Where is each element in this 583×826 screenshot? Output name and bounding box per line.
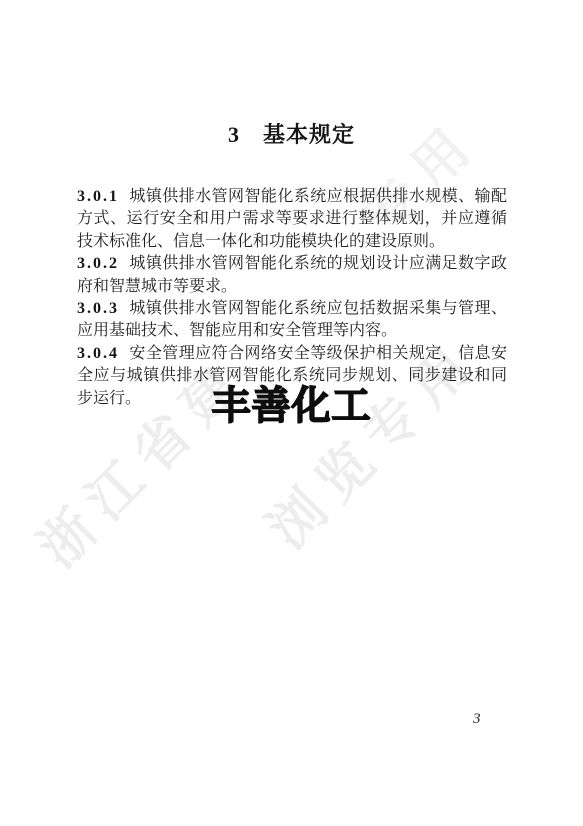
page-number: 3 [473,711,481,728]
clause-3-0-2: 3.0.2城镇供排水管网智能化系统的规划设计应满足数字政府和智慧城市等要求。 [77,253,507,298]
clause-number: 3.0.4 [77,345,119,362]
clause-body: 3.0.1城镇供排水管网智能化系统应根据供排水规模、输配方式、运行安全和用户需求… [77,186,507,410]
clause-text: 城镇供排水管网智能化系统应包括数据采集与管理、应用基础技术、智能应用和安全管理等… [77,300,507,339]
clause-3-0-1: 3.0.1城镇供排水管网智能化系统应根据供排水规模、输配方式、运行安全和用户需求… [77,186,507,253]
clause-text: 城镇供排水管网智能化系统应根据供排水规模、输配方式、运行安全和用户需求等要求进行… [77,188,507,250]
clause-3-0-3: 3.0.3城镇供排水管网智能化系统应包括数据采集与管理、应用基础技术、智能应用和… [77,298,507,343]
clause-number: 3.0.3 [77,300,119,317]
document-page: 浙江省建 浏览专用 专用 3 基本规定 3.0.1城镇供排水管网智能化系统应根据… [0,0,583,826]
clause-text: 城镇供排水管网智能化系统的规划设计应满足数字政府和智慧城市等要求。 [77,255,507,294]
chapter-title: 3 基本规定 [0,118,583,149]
brand-watermark: 丰善化工 [211,386,371,428]
clause-number: 3.0.2 [77,255,119,272]
clause-number: 3.0.1 [77,188,119,205]
